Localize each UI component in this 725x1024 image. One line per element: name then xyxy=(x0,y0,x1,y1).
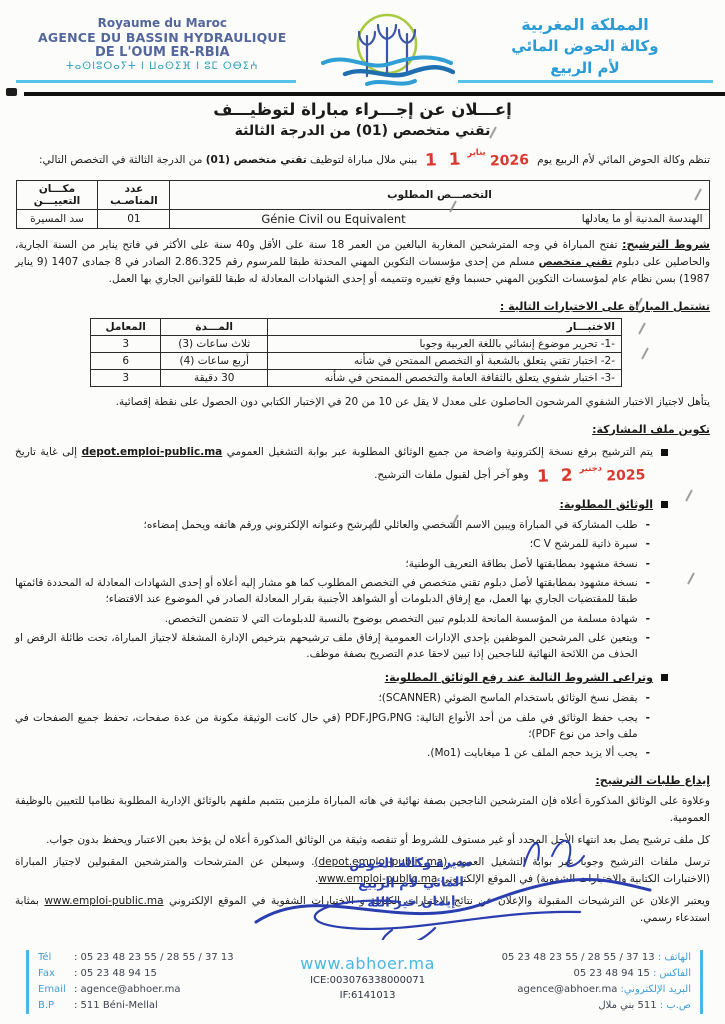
exam-2: -2- اختبار تقني يتعلق بالشعبة أو التخصص … xyxy=(268,352,622,369)
if-number: IF:6141013 xyxy=(300,988,435,1003)
upload-rules-list: يفضل نسخ الوثائق باستخدام الماسح الضوئي … xyxy=(15,690,650,761)
email-line: Email: agence@abhoer.ma xyxy=(38,982,234,998)
col-exam: الاختبـــار xyxy=(268,318,622,335)
table-row: -3- اختبار شفوي يتعلق بالثقافة العامة وا… xyxy=(91,369,622,386)
tel-label: الهاتف : xyxy=(658,952,691,963)
duration-2: أربع ساعات (4) xyxy=(161,352,268,369)
list-item: ويتعين على المرشحين الموظفين بإحدى الإدا… xyxy=(15,630,650,663)
tel-line: الهاتف : 05 23 48 23 55 / 28 55 / 37 13 xyxy=(502,950,691,966)
stamp-year: 2025 xyxy=(606,464,646,488)
agency-ar-line2: لأم الربيع xyxy=(459,58,711,80)
fax-value: 05 23 48 94 15 xyxy=(573,968,649,979)
file-bullet-text1: يتم الترشيح برفع نسخة إلكترونية واضحة من… xyxy=(222,446,653,458)
exam-1: -1- تحرير موضوع إنشائي باللغة العربية وج… xyxy=(268,335,622,352)
letterhead: Royaume du Maroc AGENCE DU BASSIN HYDRAU… xyxy=(0,0,725,88)
list-item: طلب المشاركة في المباراة ويبين الاسم الش… xyxy=(15,517,650,533)
file-bullet-text2: إلى غاية تاريخ xyxy=(15,446,82,458)
required-docs-bullet: الوثائق المطلوبة: xyxy=(15,496,668,514)
email-label: Email xyxy=(38,982,74,998)
agency-fr-line1: AGENCE DU BASSIN HYDRAULIQUE xyxy=(14,30,311,45)
intro-pre: تنظم وكالة الحوض المائي لأم الربيع يوم xyxy=(537,154,710,166)
fax-line: Fax: 05 23 48 94 15 xyxy=(38,966,234,982)
duration-1: ثلاث ساعات (3) xyxy=(161,335,268,352)
kingdom-fr: Royaume du Maroc xyxy=(14,16,311,30)
docs-heading: الوثائق المطلوبة: xyxy=(559,496,653,514)
qualification-note: يتأهل لاجتياز الاختبار الشفوي المرشحون ا… xyxy=(15,394,710,411)
tel-value: : 05 23 48 23 55 / 28 55 / 37 13 xyxy=(74,952,234,963)
coef-2: 6 xyxy=(91,352,161,369)
kingdom-ar: المملكة المغربية xyxy=(459,13,711,36)
specialization-fr: Génie Civil ou Equivalent xyxy=(261,212,405,226)
col-posts: عدد المناصـب xyxy=(98,180,170,209)
upload-heading: وتراعى الشروط التالية عند رفع الوثائق ال… xyxy=(385,669,653,687)
table-row: -2- اختبار تقني يتعلق بالشعبة أو التخصص … xyxy=(91,352,622,369)
file-bullet-text3: وهو آخر أجل لقبول ملفات الترشيح. xyxy=(374,469,529,481)
intro-bold: تقني متخصص (01) xyxy=(206,154,307,166)
agency-tifinagh: ⵜⴰⵙⵏⵓⵔⴰⵢⵜ ⵏ ⵡⴰⵙⵉⴼ ⵏ ⵓⵎ ⵔⴱⵉⵄ xyxy=(14,61,311,72)
agency-ar-line1: وكالة الحوض المائي xyxy=(459,36,711,58)
agency-name-french: Royaume du Maroc AGENCE DU BASSIN HYDRAU… xyxy=(14,8,311,72)
scan-artifact-blob xyxy=(6,88,17,96)
ice-number: ICE:003076338000071 xyxy=(300,973,435,988)
handwritten-initials-icon xyxy=(512,824,607,876)
list-item: نسخة مشهود بمطابقتها لأصل بطاقة التعريف … xyxy=(15,556,650,572)
agency-fr-line2: DE L'OUM ER-RBIA xyxy=(14,45,311,60)
stamp-month: يناير xyxy=(467,147,486,161)
deposit-paragraph-1: وعلاوة على الوثائق المذكورة أعلاه فإن ال… xyxy=(15,793,710,827)
intro-mid: ببني ملال مباراة لتوظيف xyxy=(307,154,418,166)
list-item: نسخة مشهود بمطابقتها لأصل دبلوم تقني متخ… xyxy=(15,575,650,608)
file-section-heading: تكوين ملف المشاركة: xyxy=(592,423,710,436)
bp-line: ص.ب : 511 بني ملال xyxy=(502,998,691,1014)
header-rule-right xyxy=(458,80,713,83)
col-location: مكـــان التعييـــن xyxy=(16,180,98,209)
bp-label: B.P xyxy=(38,998,74,1014)
square-bullet-icon xyxy=(661,501,668,508)
deadline-date-stamp: 1 2دجنبر2025 xyxy=(536,459,645,491)
fax-value: : 05 23 48 94 15 xyxy=(74,968,157,979)
email-value[interactable]: agence@abhoer.ma xyxy=(517,984,617,995)
conditions-bold: تقني متخصص xyxy=(539,256,613,268)
exam-date-stamp: 1 1يناير2026 xyxy=(425,144,530,175)
header-rule-left xyxy=(16,80,296,83)
bp-value: : 511 Béni-Mellal xyxy=(74,1000,158,1011)
fax-label: الفاكس : xyxy=(653,968,691,979)
posts-count: 01 xyxy=(98,209,170,228)
required-docs-list: طلب المشاركة في المباراة ويبين الاسم الش… xyxy=(15,517,650,662)
square-bullet-icon xyxy=(661,674,668,681)
tel-label: Tél xyxy=(38,950,74,966)
stamp-day: 1 1 xyxy=(425,146,465,175)
fax-line: الفاكس : 05 23 48 94 15 xyxy=(502,966,691,982)
specialization-table: التخصـــص المطلوب عدد المناصـب مكـــان ا… xyxy=(16,180,710,229)
deposit-heading: إيداع طلبات الترشيح: xyxy=(595,774,710,787)
intro-paragraph: تنظم وكالة الحوض المائي لأم الربيع يوم1 … xyxy=(15,146,710,174)
agency-logo xyxy=(311,8,459,92)
table-header-row: التخصـــص المطلوب عدد المناصـب مكـــان ا… xyxy=(16,180,709,209)
scan-artifact-line xyxy=(24,92,725,96)
emploi-public-link[interactable]: www.emploi-public.ma xyxy=(44,895,163,907)
trees-water-logo-icon xyxy=(315,8,455,92)
coef-3: 3 xyxy=(91,369,161,386)
footer-center-block: www.abhoer.ma ICE:003076338000071 IF:614… xyxy=(300,950,435,1003)
upload-rules-bullet: وتراعى الشروط التالية عند رفع الوثائق ال… xyxy=(15,669,668,687)
col-specialization: التخصـــص المطلوب xyxy=(170,180,709,209)
intro-post: من الدرجة الثالثة في التخصص التالي: xyxy=(39,154,206,166)
list-item: شهادة مسلمة من المؤسسة المانحة للدبلوم ت… xyxy=(15,611,650,627)
bp-value: 511 بني ملال xyxy=(598,1000,656,1011)
scanned-announcement-document: Royaume du Maroc AGENCE DU BASSIN HYDRAU… xyxy=(0,0,725,1024)
contact-block-arabic: الهاتف : 05 23 48 23 55 / 28 55 / 37 13 … xyxy=(502,950,703,1014)
list-item: سيرة ذاتية للمرشح C V؛ xyxy=(15,536,650,552)
conditions-heading: شروط الترشيح: xyxy=(622,238,710,251)
title-line2: تقني متخصص (01) من الدرجة الثالثة xyxy=(0,123,725,139)
stamp-day: 1 2 xyxy=(536,462,576,491)
bp-line: B.P: 511 Béni-Mellal xyxy=(38,998,234,1014)
title-line1: إعـــلان عن إجـــراء مباراة لتوظيـــف xyxy=(0,100,725,119)
col-duration: المـــدة xyxy=(161,318,268,335)
exams-heading: تشتمل المباراة على الاختبارات التالية : xyxy=(500,300,710,313)
square-bullet-icon xyxy=(661,449,668,456)
table-header-row: الاختبـــار المـــدة المعامل xyxy=(91,318,622,335)
specialization-ar: الهندسة المدنية أو ما يعادلها xyxy=(582,213,703,225)
file-upload-bullet: يتم الترشيح برفع نسخة إلكترونية واضحة من… xyxy=(15,444,668,489)
bp-label: ص.ب : xyxy=(660,1000,691,1011)
coef-1: 3 xyxy=(91,335,161,352)
website-link[interactable]: www.abhoer.ma xyxy=(300,954,435,973)
stamp-month: دجنبر xyxy=(579,462,602,477)
list-item: يجب حفظ الوثائق في ملف من أحد الأنواع ال… xyxy=(15,710,650,743)
exam-3: -3- اختبار شفوي يتعلق بالثقافة العامة وا… xyxy=(268,369,622,386)
stamp-year: 2026 xyxy=(490,149,530,173)
footer-contact-bar: Tél: 05 23 48 23 55 / 28 55 / 37 13 Fax:… xyxy=(0,942,725,1020)
duration-3: 30 دقيقة xyxy=(161,369,268,386)
table-row: الهندسة المدنية أو ما يعادلها Génie Civi… xyxy=(16,209,709,228)
tel-value: 05 23 48 23 55 / 28 55 / 37 13 xyxy=(502,952,655,963)
email-line: البريد الإلكتروني: agence@abhoer.ma xyxy=(502,982,691,998)
tel-line: Tél: 05 23 48 23 55 / 28 55 / 37 13 xyxy=(38,950,234,966)
announcement-title: إعـــلان عن إجـــراء مباراة لتوظيـــف تق… xyxy=(0,100,725,139)
exams-table: الاختبـــار المـــدة المعامل -1- تحرير م… xyxy=(90,318,622,387)
list-item: يجب ألا يزيد حجم الملف عن 1 ميغابايت (Mo… xyxy=(15,745,650,761)
contact-block-french: Tél: 05 23 48 23 55 / 28 55 / 37 13 Fax:… xyxy=(26,950,234,1014)
agency-name-arabic: المملكة المغربية وكالة الحوض المائي لأم … xyxy=(459,8,711,80)
email-value[interactable]: : agence@abhoer.ma xyxy=(74,984,181,995)
depot-portal-link[interactable]: depot.emploi-public.ma xyxy=(82,446,223,458)
fax-label: Fax xyxy=(38,966,74,982)
email-label: البريد الإلكتروني: xyxy=(621,984,691,995)
assignment-location: سد المسيرة xyxy=(16,209,98,228)
col-coefficient: المعامل xyxy=(91,318,161,335)
list-item: يفضل نسخ الوثائق باستخدام الماسح الضوئي … xyxy=(15,690,650,706)
conditions-paragraph: شروط الترشيح: تفتح المباراة في وجه المتر… xyxy=(15,236,710,288)
table-row: -1- تحرير موضوع إنشائي باللغة العربية وج… xyxy=(91,335,622,352)
